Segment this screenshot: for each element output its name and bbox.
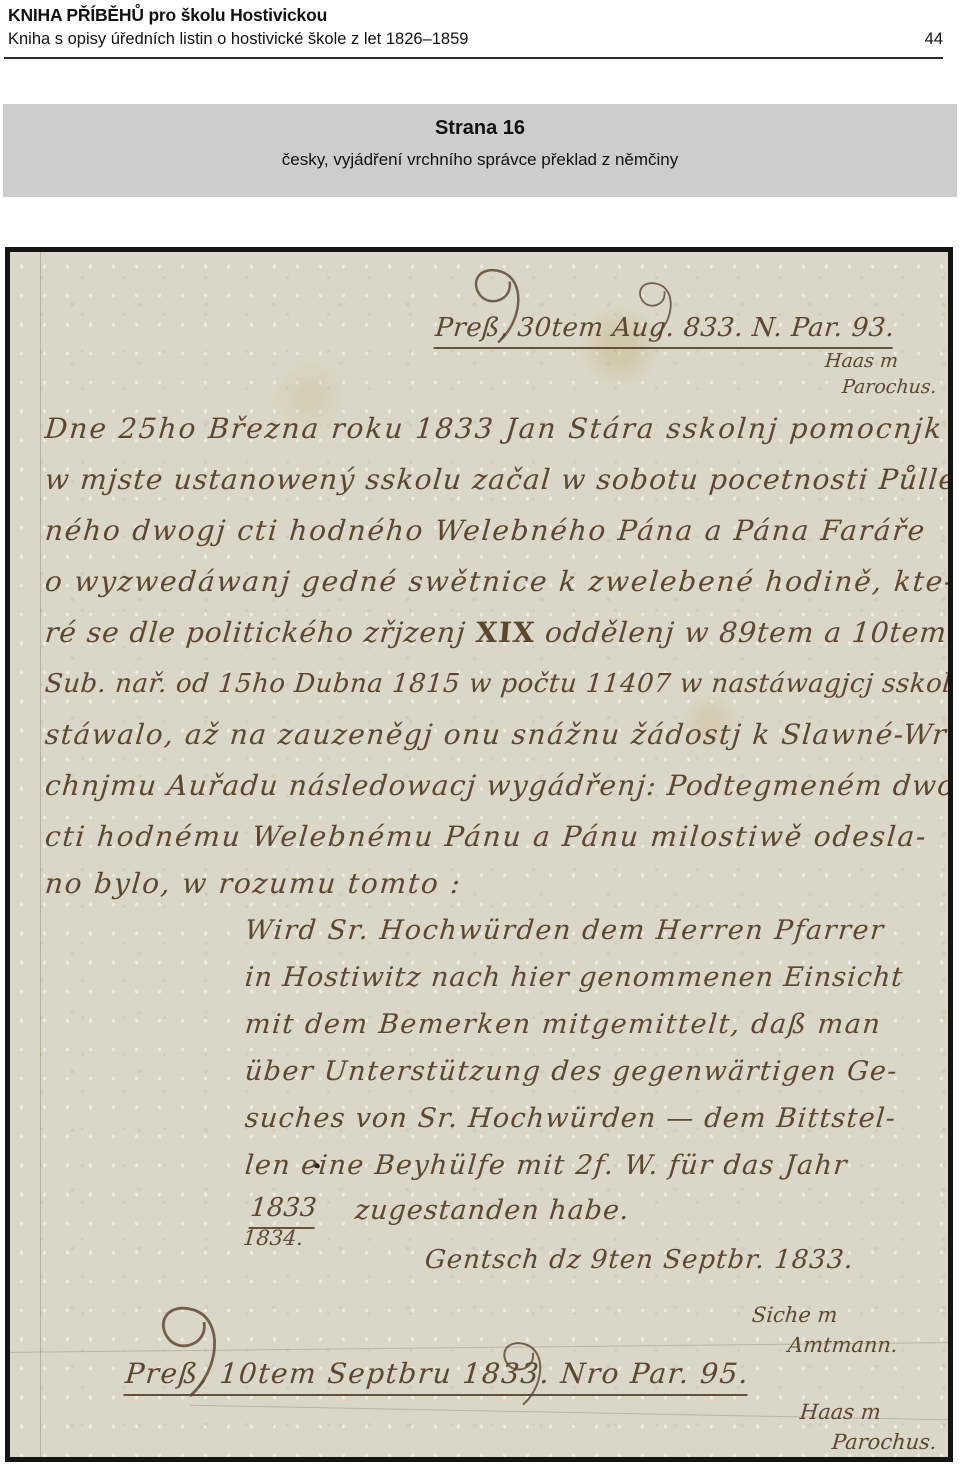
section-subtitle: česky, vyjádření vrchního správce překla… [3, 140, 957, 170]
header-rule [4, 57, 943, 59]
manuscript-line: 1833 [249, 1195, 318, 1229]
manuscript-line: ré se dle politického zřjzenj XIX odděle… [44, 619, 953, 647]
manuscript-line: len eine Beyhülfe mit 2f. W. für das Jah… [244, 1152, 849, 1179]
manuscript-line: über Unterstützung des gegenwärtigen Ge- [244, 1058, 899, 1085]
bold-numeral: XIX [474, 616, 536, 649]
manuscript-line: Sub. nař. od 15ho Dubna 1815 w počtu 114… [44, 671, 953, 697]
manuscript-line: no bylo, w rozumu tomto : [44, 870, 463, 898]
manuscript-line: chnjmu Auřadu následowacj wygádřenj: Pod… [44, 772, 953, 800]
manuscript-scan: Preß, 30tem Aug. 833. N. Par. 93.Haas mP… [5, 247, 953, 1462]
book-title: KNIHA PŘÍBĚHŮ pro školu Hostivickou [8, 5, 327, 26]
manuscript-line: Haas m [824, 352, 899, 371]
manuscript-line: Siche m [751, 1305, 838, 1326]
book-subtitle: Kniha s opisy úředních listin o hostivic… [8, 30, 468, 49]
manuscript-line: in Hostiwitz nach hier genommenen Einsic… [244, 964, 905, 991]
manuscript-line: o wyzwedáwanj gedné swětnice k zwelebené… [44, 568, 953, 596]
manuscript-line: zugestanden habe. [354, 1197, 631, 1224]
manuscript-line: Preß, 10tem Septbru 1833. Nro Par. 95. [123, 1360, 750, 1396]
section-title: Strana 16 [3, 104, 957, 140]
page-number: 44 [925, 30, 943, 49]
manuscript-line: stáwalo, až na zauzeněgj onu snážnu žádo… [44, 721, 953, 749]
manuscript-line: Parochus. [831, 1432, 937, 1453]
manuscript-line: Preß, 30tem Aug. 833. N. Par. 93. [434, 315, 896, 349]
manuscript-line: ného dwogj cti hodného Welebného Pána a … [44, 517, 927, 545]
manuscript-line: Amtmann. [787, 1335, 899, 1356]
manuscript-line: suches von Sr. Hochwürden — dem Bittstel… [244, 1105, 897, 1132]
manuscript-line: cti hodnému Welebnému Pánu a Pánu milost… [44, 823, 929, 851]
manuscript-line: Gentsch dz 9ten Septbr. 1833. [424, 1247, 855, 1273]
page-section-header: Strana 16 česky, vyjádření vrchního sprá… [3, 104, 957, 197]
manuscript-line: Wird Sr. Hochwürden dem Herren Pfarrer [244, 917, 886, 944]
ruled-margin-line [40, 252, 41, 1457]
manuscript-line: Haas m [799, 1402, 882, 1423]
manuscript-line: Dne 25ho Března roku 1833 Jan Stára ssko… [44, 415, 945, 443]
manuscript-line: mit dem Bemerken mitgemittelt, daß man [244, 1011, 883, 1038]
manuscript-line: Parochus. [841, 378, 937, 397]
manuscript-line: w mjste ustanowený sskolu začal w sobotu… [44, 466, 953, 494]
manuscript-line: 1834. [242, 1228, 304, 1249]
